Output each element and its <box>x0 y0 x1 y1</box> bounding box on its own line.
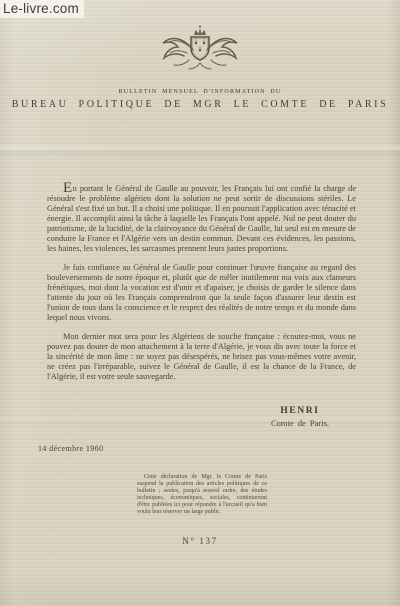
bureau-title: BUREAU POLITIQUE DE MGR LE COMTE DE PARI… <box>0 99 400 110</box>
watermark: Le-livre.com <box>0 0 84 18</box>
paragraph-2: Je fais confiance au Général de Gaulle p… <box>47 263 356 323</box>
editorial-footnote: Cette déclaration de Mgr. le Comte de Pa… <box>137 474 267 515</box>
coat-of-arms-icon <box>158 24 242 72</box>
document-page: Le-livre.com BULLETIN MENSUEL D'INFORMAT… <box>0 0 400 606</box>
date-line: 14 décembre 1960 <box>38 444 104 453</box>
letter-body: En portant le Général de Gaulle au pouvo… <box>47 184 356 391</box>
signature-name: HENRI <box>225 406 375 416</box>
paragraph-1-text: n portant le Général de Gaulle au pouvoi… <box>47 184 356 253</box>
dropcap-initial: E <box>63 180 73 196</box>
paragraph-3: Mon dernier mot sera pour les Algériens … <box>47 332 356 382</box>
signature-title: Comte de Paris. <box>225 418 375 428</box>
bulletin-subtitle: BULLETIN MENSUEL D'INFORMATION DU <box>0 89 400 95</box>
issue-number: N° 137 <box>0 536 400 546</box>
paragraph-1: En portant le Général de Gaulle au pouvo… <box>47 184 356 254</box>
signature-block: HENRI Comte de Paris. <box>225 406 375 428</box>
